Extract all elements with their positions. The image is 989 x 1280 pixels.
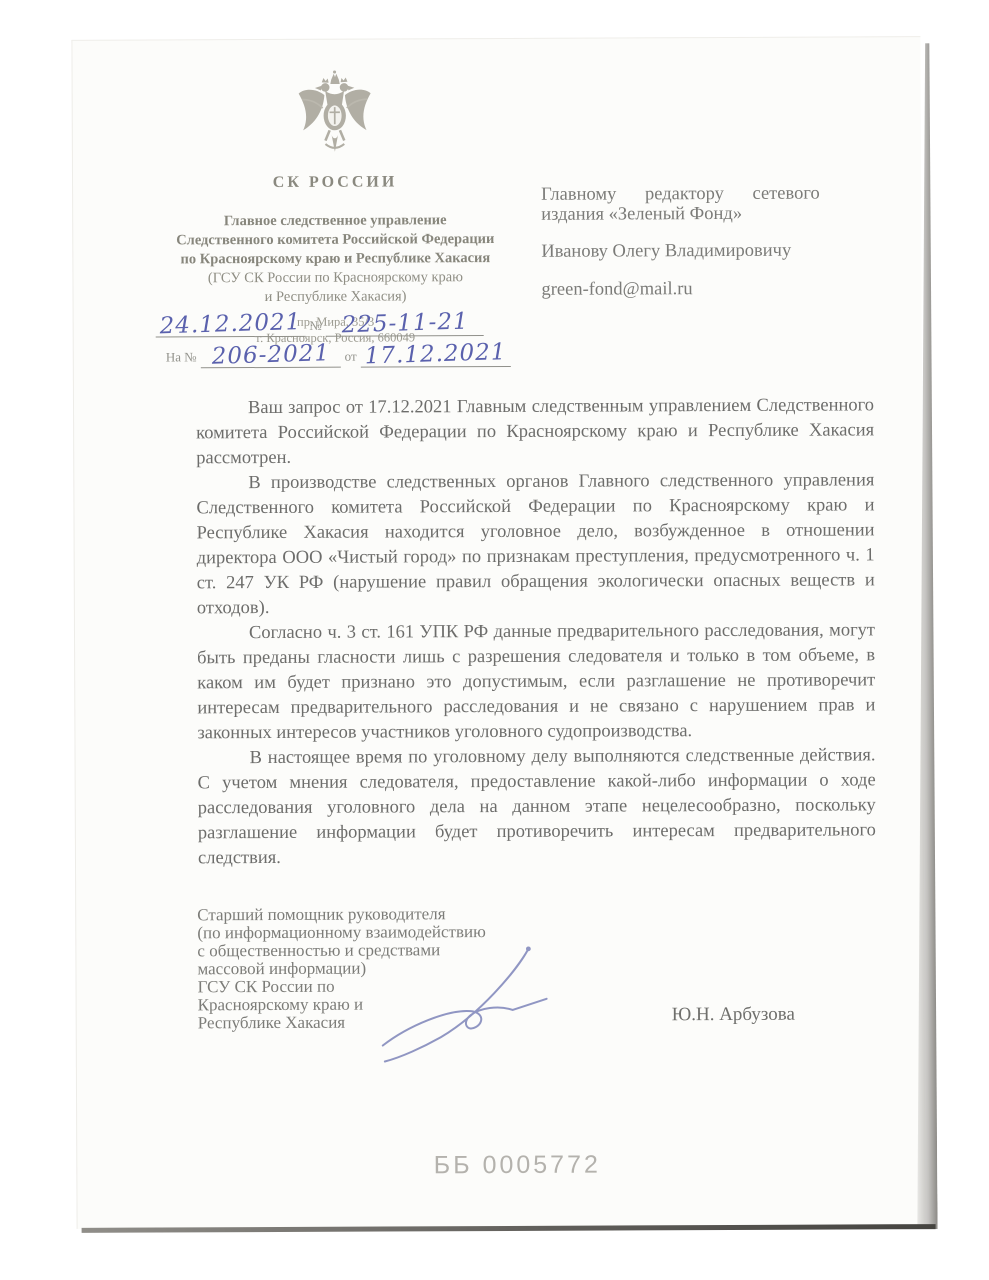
recipient-title-line1: Главному редактору сетевого — [541, 183, 847, 204]
body-paragraph: В производстве следственных органов Глав… — [196, 468, 875, 621]
handwritten-signature — [376, 937, 557, 1068]
body-paragraph: В настоящее время по уголовному делу вып… — [197, 743, 876, 871]
body-paragraph: Согласно ч. 3 ст. 161 УПК РФ данные пред… — [197, 618, 876, 746]
org-line: (ГСУ СК России по Красноярскому краю — [155, 268, 515, 289]
form-number-stamp: ББ 0005772 — [93, 1149, 941, 1182]
org-line: Главное следственное управление — [155, 211, 515, 232]
outgoing-reference-line: 24.12.2021 № 225-11-21 — [156, 311, 506, 338]
org-line: Следственного комитета Российской Федера… — [155, 230, 515, 251]
page-bottom-edge — [82, 1224, 936, 1233]
outgoing-number-handwritten: 225-11-21 — [341, 310, 469, 337]
reply-date-handwritten: 17.12.2021 — [364, 341, 506, 368]
org-short-name: СК РОССИИ — [155, 173, 515, 193]
reply-date-field: 17.12.2021 — [361, 342, 511, 368]
letter-body: Ваш запрос от 17.12.2021 Главным следств… — [196, 393, 876, 871]
reply-to-label: На № — [166, 349, 197, 364]
org-full-name: Главное следственное управление Следстве… — [155, 211, 515, 308]
recipient-email: green-fond@mail.ru — [541, 278, 847, 299]
number-sign-label: № — [309, 318, 321, 333]
body-paragraph: Ваш запрос от 17.12.2021 Главным следств… — [196, 393, 874, 471]
scan-background: СК РОССИИ Главное следственное управлени… — [0, 0, 989, 1280]
reply-number-field: 206-2021 — [201, 343, 341, 369]
from-date-label: от — [345, 349, 357, 364]
recipient-block: Главному редактору сетевого издания «Зел… — [541, 183, 847, 299]
recipient-title-line2: издания «Зеленый Фонд» — [541, 203, 847, 224]
signer-position-line: Старший помощник руководителя — [197, 905, 537, 924]
reply-number-handwritten: 206-2021 — [211, 342, 330, 369]
page-right-edge-shadow — [906, 43, 937, 1229]
sk-russia-eagle-emblem-icon — [291, 68, 379, 164]
outgoing-number-field: 225-11-21 — [326, 311, 484, 337]
letterhead: СК РОССИИ Главное следственное управлени… — [155, 67, 516, 347]
org-line: и Республике Хакасия) — [155, 287, 515, 308]
outgoing-date-handwritten: 24.12.2021 — [159, 311, 301, 338]
recipient-name: Иванову Олегу Владимировичу — [541, 240, 847, 261]
signer-name: Ю.Н. Арбузова — [672, 1003, 892, 1026]
letter-sheet: СК РОССИИ Главное следственное управлени… — [71, 36, 925, 1229]
reference-block: 24.12.2021 № 225-11-21 На № 206-2021 от … — [156, 311, 506, 375]
outgoing-date-field: 24.12.2021 — [156, 312, 306, 338]
reply-reference-line: На № 206-2021 от 17.12.2021 — [166, 342, 506, 368]
org-line: по Красноярскому краю и Республике Хакас… — [155, 249, 515, 270]
